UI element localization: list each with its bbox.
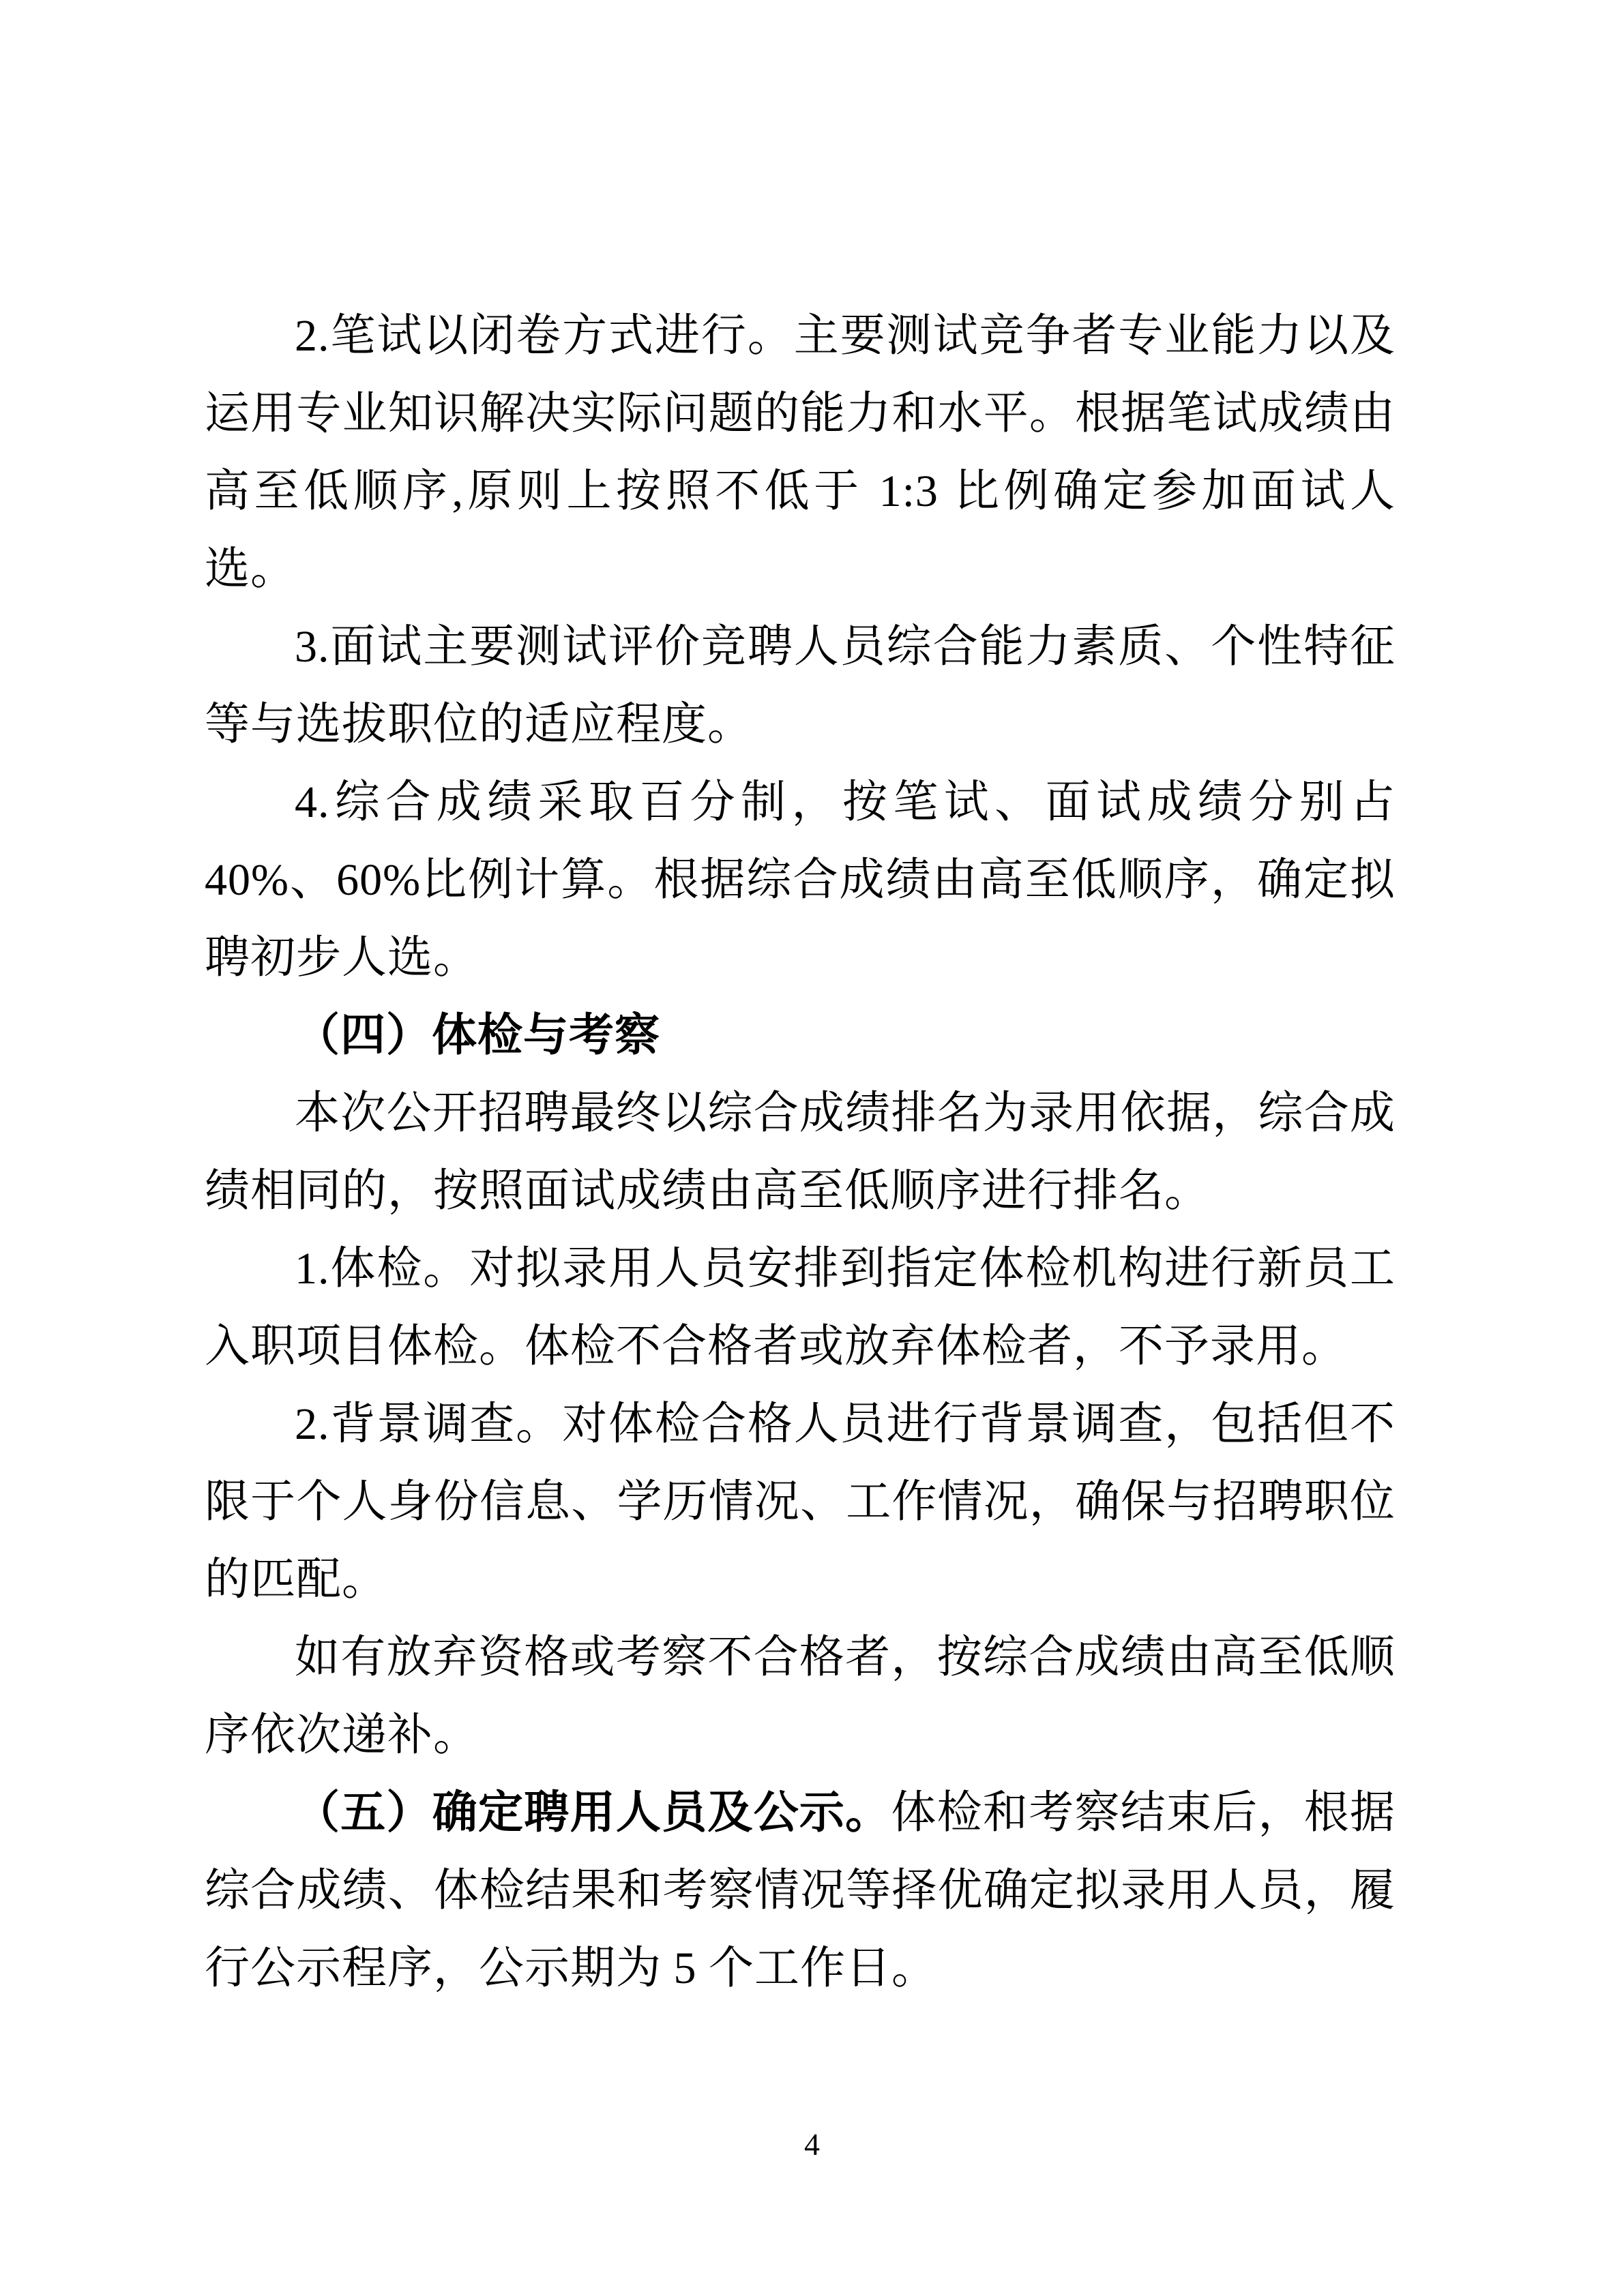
page-footer: 4 xyxy=(0,2129,1624,2160)
document-body: 2.笔试以闭卷方式进行。主要测试竞争者专业能力以及运用专业知识解决实际问题的能力… xyxy=(205,297,1396,2008)
para-physical-exam: 1.体检。对拟录用人员安排到指定体检机构进行新员工入职项目体检。体检不合格者或放… xyxy=(205,1230,1396,1386)
para-composite-score: 4.综合成绩采取百分制，按笔试、面试成绩分别占 40%、60%比例计算。根据综合… xyxy=(205,764,1396,997)
para-final-hiring-and-publicity: （五）确定聘用人员及公示。体检和考察结束后，根据综合成绩、体检结果和考察情况等择… xyxy=(205,1774,1396,2008)
document-page: 2.笔试以闭卷方式进行。主要测试竞争者专业能力以及运用专业知识解决实际问题的能力… xyxy=(0,0,1624,2296)
heading-final-hiring-inline: （五）确定聘用人员及公示。 xyxy=(295,1788,891,1838)
heading-physical-exam-and-inspection: （四）体检与考察 xyxy=(205,997,1396,1075)
para-written-test: 2.笔试以闭卷方式进行。主要测试竞争者专业能力以及运用专业知识解决实际问题的能力… xyxy=(205,297,1396,608)
para-interview: 3.面试主要测试评价竞聘人员综合能力素质、个性特征等与选拔职位的适应程度。 xyxy=(205,608,1396,764)
para-background-check: 2.背景调查。对体检合格人员进行背景调查，包括但不限于个人身份信息、学历情况、工… xyxy=(205,1386,1396,1619)
para-ranking-basis: 本次公开招聘最终以综合成绩排名为录用依据，综合成绩相同的，按照面试成绩由高至低顺… xyxy=(205,1075,1396,1230)
para-substitution: 如有放弃资格或考察不合格者，按综合成绩由高至低顺序依次递补。 xyxy=(205,1619,1396,1774)
page-number: 4 xyxy=(804,2129,820,2160)
